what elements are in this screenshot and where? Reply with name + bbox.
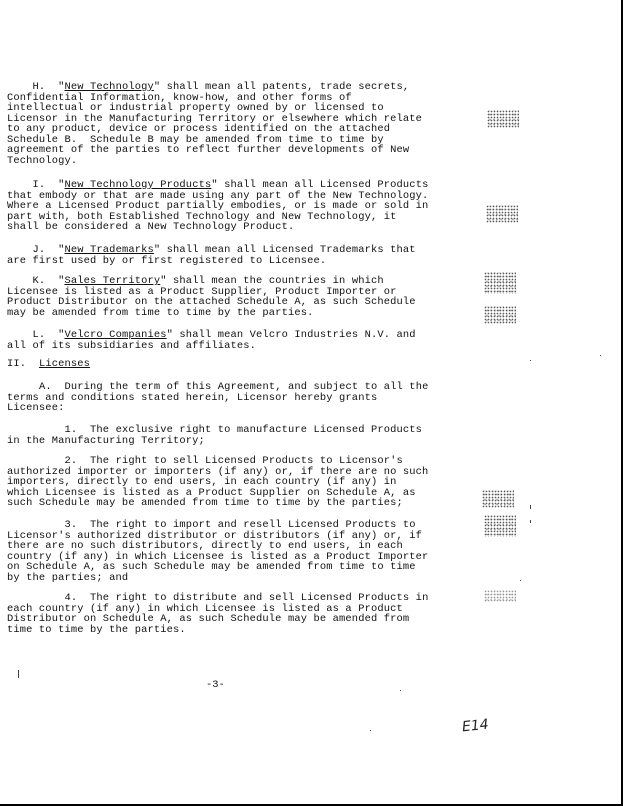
grant-3: 3. The right to import and resell Licens…	[7, 520, 428, 583]
scan-dot	[370, 730, 371, 731]
definition-i: I. "New Technology Products" shall mean …	[7, 180, 428, 233]
page-number: -3-	[206, 679, 225, 691]
scan-noise	[487, 110, 519, 128]
scan-dot	[530, 520, 531, 523]
scan-noise	[484, 515, 516, 537]
definition-l: L. "Velcro Companies" shall mean Velcro …	[7, 330, 416, 351]
scan-noise	[486, 205, 518, 223]
definition-j: J. "New Trademarks" shall mean all Licen…	[7, 245, 416, 266]
text-line: may be amended from time to time by the …	[7, 307, 314, 319]
definition-h: H. "New Technology" shall mean all paten…	[7, 82, 422, 166]
scan-noise	[482, 490, 514, 508]
scan-noise	[484, 306, 516, 324]
grant-1: 1. The exclusive right to manufacture Li…	[7, 425, 422, 446]
grant-2: 2. The right to sell Licensed Products t…	[7, 456, 428, 509]
scan-dot	[530, 505, 531, 509]
document-page: H. "New Technology" shall mean all paten…	[0, 0, 623, 806]
definition-k: K. "Sales Territory" shall mean the coun…	[7, 276, 416, 318]
heading-number: II.	[7, 358, 26, 370]
text-line: all of its subsidiaries and affiliates.	[7, 340, 256, 352]
scan-dot	[520, 580, 521, 581]
handwritten-mark: E14	[461, 717, 489, 736]
scan-noise	[484, 272, 516, 294]
clause-a: A. During the term of this Agreement, an…	[7, 382, 428, 414]
heading-title: Licenses	[39, 358, 90, 370]
scan-dot	[400, 690, 401, 691]
text-line: shall be considered a New Technology Pro…	[7, 221, 294, 233]
scan-dot	[600, 355, 601, 356]
text-line: by the parties; and	[7, 572, 128, 584]
text-line: such Schedule may be amended from time t…	[7, 497, 403, 509]
text-line: time to time by the parties.	[7, 624, 186, 636]
text-line: are first used by or first registered to…	[7, 255, 326, 267]
scan-noise	[484, 590, 516, 602]
text-line: Licensee:	[7, 402, 64, 414]
scan-dot	[18, 670, 19, 678]
grant-4: 4. The right to distribute and sell Lice…	[7, 593, 428, 635]
text-line: Technology.	[7, 155, 77, 167]
scan-dot	[530, 360, 531, 361]
text-line: in the Manufacturing Territory;	[7, 435, 205, 447]
section-heading: II. Licenses	[7, 359, 90, 370]
